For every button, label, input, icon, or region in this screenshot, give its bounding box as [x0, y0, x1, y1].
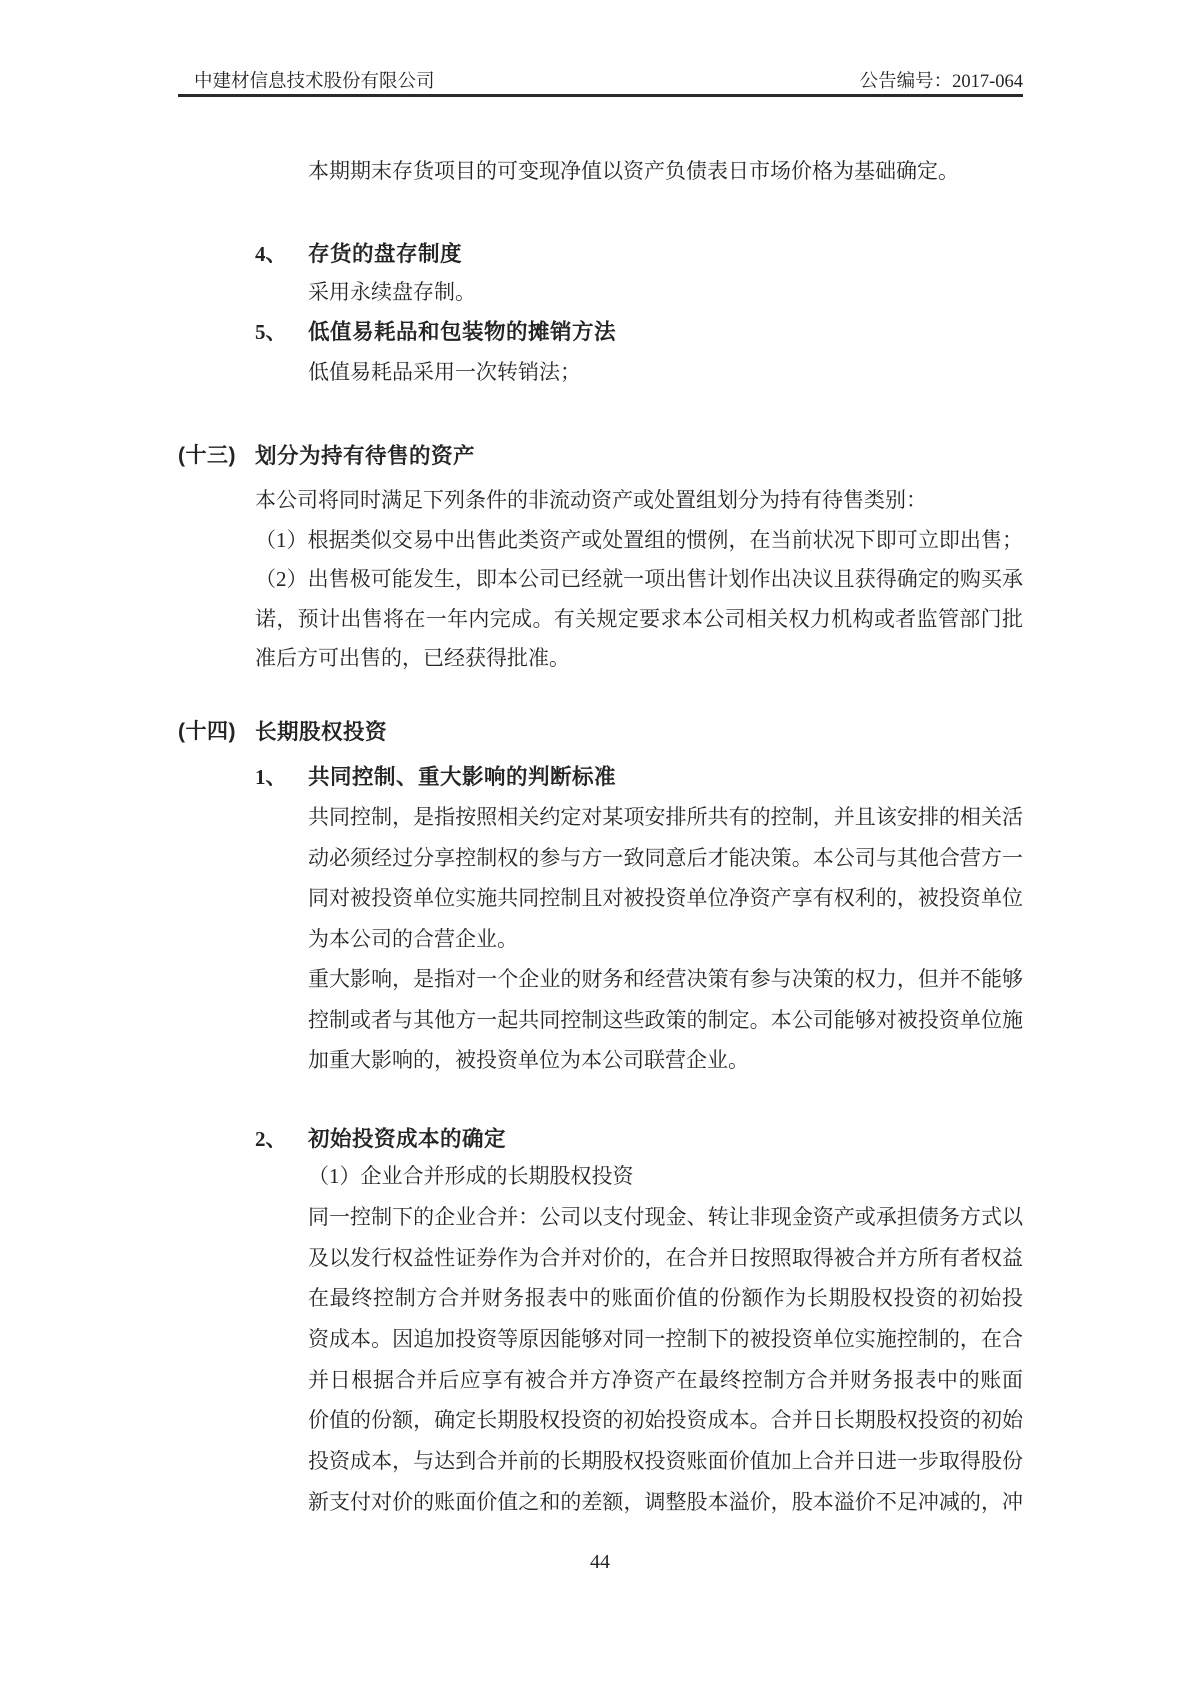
subitem-2-text-line: 并日根据合并后应享有被合并方净资产在最终控制方合并财务报表中的账面	[308, 1360, 1023, 1401]
subitem-1-paragraph: 共同控制，是指按照相关约定对某项安排所共有的控制，并且该安排的相关活 动必须经过…	[308, 797, 1023, 1081]
subitem-2-text-line: 价值的份额，确定长期股权投资的初始投资成本。合并日长期股权投资的初始	[308, 1400, 1023, 1441]
subitem-1-text-line: 共同控制，是指按照相关约定对某项安排所共有的控制，并且该安排的相关活	[308, 797, 1023, 838]
section-13-text-line: 诺，预计出售将在一年内完成。有关规定要求本公司相关权力机构或者监管部门批	[255, 600, 1023, 640]
subitem-1-text-line: 为本公司的合营企业。	[308, 919, 1023, 960]
company-name: 中建材信息技术股份有限公司	[194, 70, 435, 94]
section-14-number: (十四)	[178, 717, 255, 747]
subitem-2-text-line: 资成本。因追加投资等原因能够对同一控制下的被投资单位实施控制的，在合	[308, 1319, 1023, 1360]
section-14-heading: (十四) 长期股权投资	[178, 717, 387, 747]
announcement-number: 公告编号：2017-064	[860, 70, 1023, 94]
section-13-text-line: 准后方可出售的，已经获得批准。	[255, 639, 1023, 679]
subitem-1-text-line: 加重大影响的，被投资单位为本公司联营企业。	[308, 1040, 1023, 1081]
item-5-body: 低值易耗品采用一次转销法；	[308, 357, 581, 387]
section-13-number: (十三)	[178, 441, 255, 471]
subitem-1-text-line: 重大影响，是指对一个企业的财务和经营决策有参与决策的权力，但并不能够	[308, 959, 1023, 1000]
document-page: 中建材信息技术股份有限公司 公告编号：2017-064 本期期末存货项目的可变现…	[0, 0, 1200, 1696]
subitem-1-text-line: 控制或者与其他方一起共同控制这些政策的制定。本公司能够对被投资单位施	[308, 1000, 1023, 1041]
subitem-1-text-line: 动必须经过分享控制权的参与方一致同意后才能决策。本公司与其他合营方一	[308, 838, 1023, 879]
section-13-text-line: （2）出售极可能发生，即本公司已经就一项出售计划作出决议且获得确定的购买承	[255, 560, 1023, 600]
subitem-1-text-line: 同对被投资单位实施共同控制且对被投资单位净资产享有权利的，被投资单位	[308, 878, 1023, 919]
item-5-heading: 5、 低值易耗品和包装物的摊销方法	[255, 317, 616, 347]
page-number: 44	[0, 1549, 1200, 1575]
subitem-2-title: 初始投资成本的确定	[308, 1124, 506, 1154]
subitem-2-number: 2、	[255, 1124, 308, 1154]
item-4-number: 4、	[255, 239, 308, 269]
subitem-2-text-line: 同一控制下的企业合并：公司以支付现金、转让非现金资产或承担债务方式以	[308, 1197, 1023, 1238]
header-divider	[178, 94, 1023, 97]
subitem-2-text-line: 新支付对价的账面价值之和的差额，调整股本溢价，股本溢价不足冲减的，冲	[308, 1482, 1023, 1523]
section-13-text-line: 本公司将同时满足下列条件的非流动资产或处置组划分为持有待售类别：	[255, 481, 1023, 521]
subitem-2-text-line: 及以发行权益性证券作为合并对价的，在合并日按照取得被合并方所有者权益	[308, 1238, 1023, 1279]
section-13-paragraph: 本公司将同时满足下列条件的非流动资产或处置组划分为持有待售类别： （1）根据类似…	[255, 481, 1023, 679]
subitem-2-text-line: 在最终控制方合并财务报表中的账面价值的份额作为长期股权投资的初始投	[308, 1278, 1023, 1319]
item-4-heading: 4、 存货的盘存制度	[255, 239, 462, 269]
subitem-1-title: 共同控制、重大影响的判断标准	[308, 762, 616, 792]
subitem-2-subheading: （1）企业合并形成的长期股权投资	[308, 1161, 634, 1191]
subitem-2-paragraph: 同一控制下的企业合并：公司以支付现金、转让非现金资产或承担债务方式以 及以发行权…	[308, 1197, 1023, 1523]
subitem-2-text-line: 投资成本，与达到合并前的长期股权投资账面价值加上合并日进一步取得股份	[308, 1441, 1023, 1482]
section-14-title: 长期股权投资	[255, 717, 387, 747]
item-5-number: 5、	[255, 317, 308, 347]
subitem-1-number: 1、	[255, 762, 308, 792]
section-13-title: 划分为持有待售的资产	[255, 441, 475, 471]
intro-paragraph: 本期期末存货项目的可变现净值以资产负债表日市场价格为基础确定。	[308, 156, 959, 186]
section-13-heading: (十三) 划分为持有待售的资产	[178, 441, 475, 471]
subitem-1-heading: 1、 共同控制、重大影响的判断标准	[255, 762, 616, 792]
item-4-body: 采用永续盘存制。	[308, 277, 476, 307]
item-4-title: 存货的盘存制度	[308, 239, 462, 269]
item-5-title: 低值易耗品和包装物的摊销方法	[308, 317, 616, 347]
section-13-text-line: （1）根据类似交易中出售此类资产或处置组的惯例，在当前状况下即可立即出售；	[255, 521, 1023, 561]
subitem-2-heading: 2、 初始投资成本的确定	[255, 1124, 506, 1154]
